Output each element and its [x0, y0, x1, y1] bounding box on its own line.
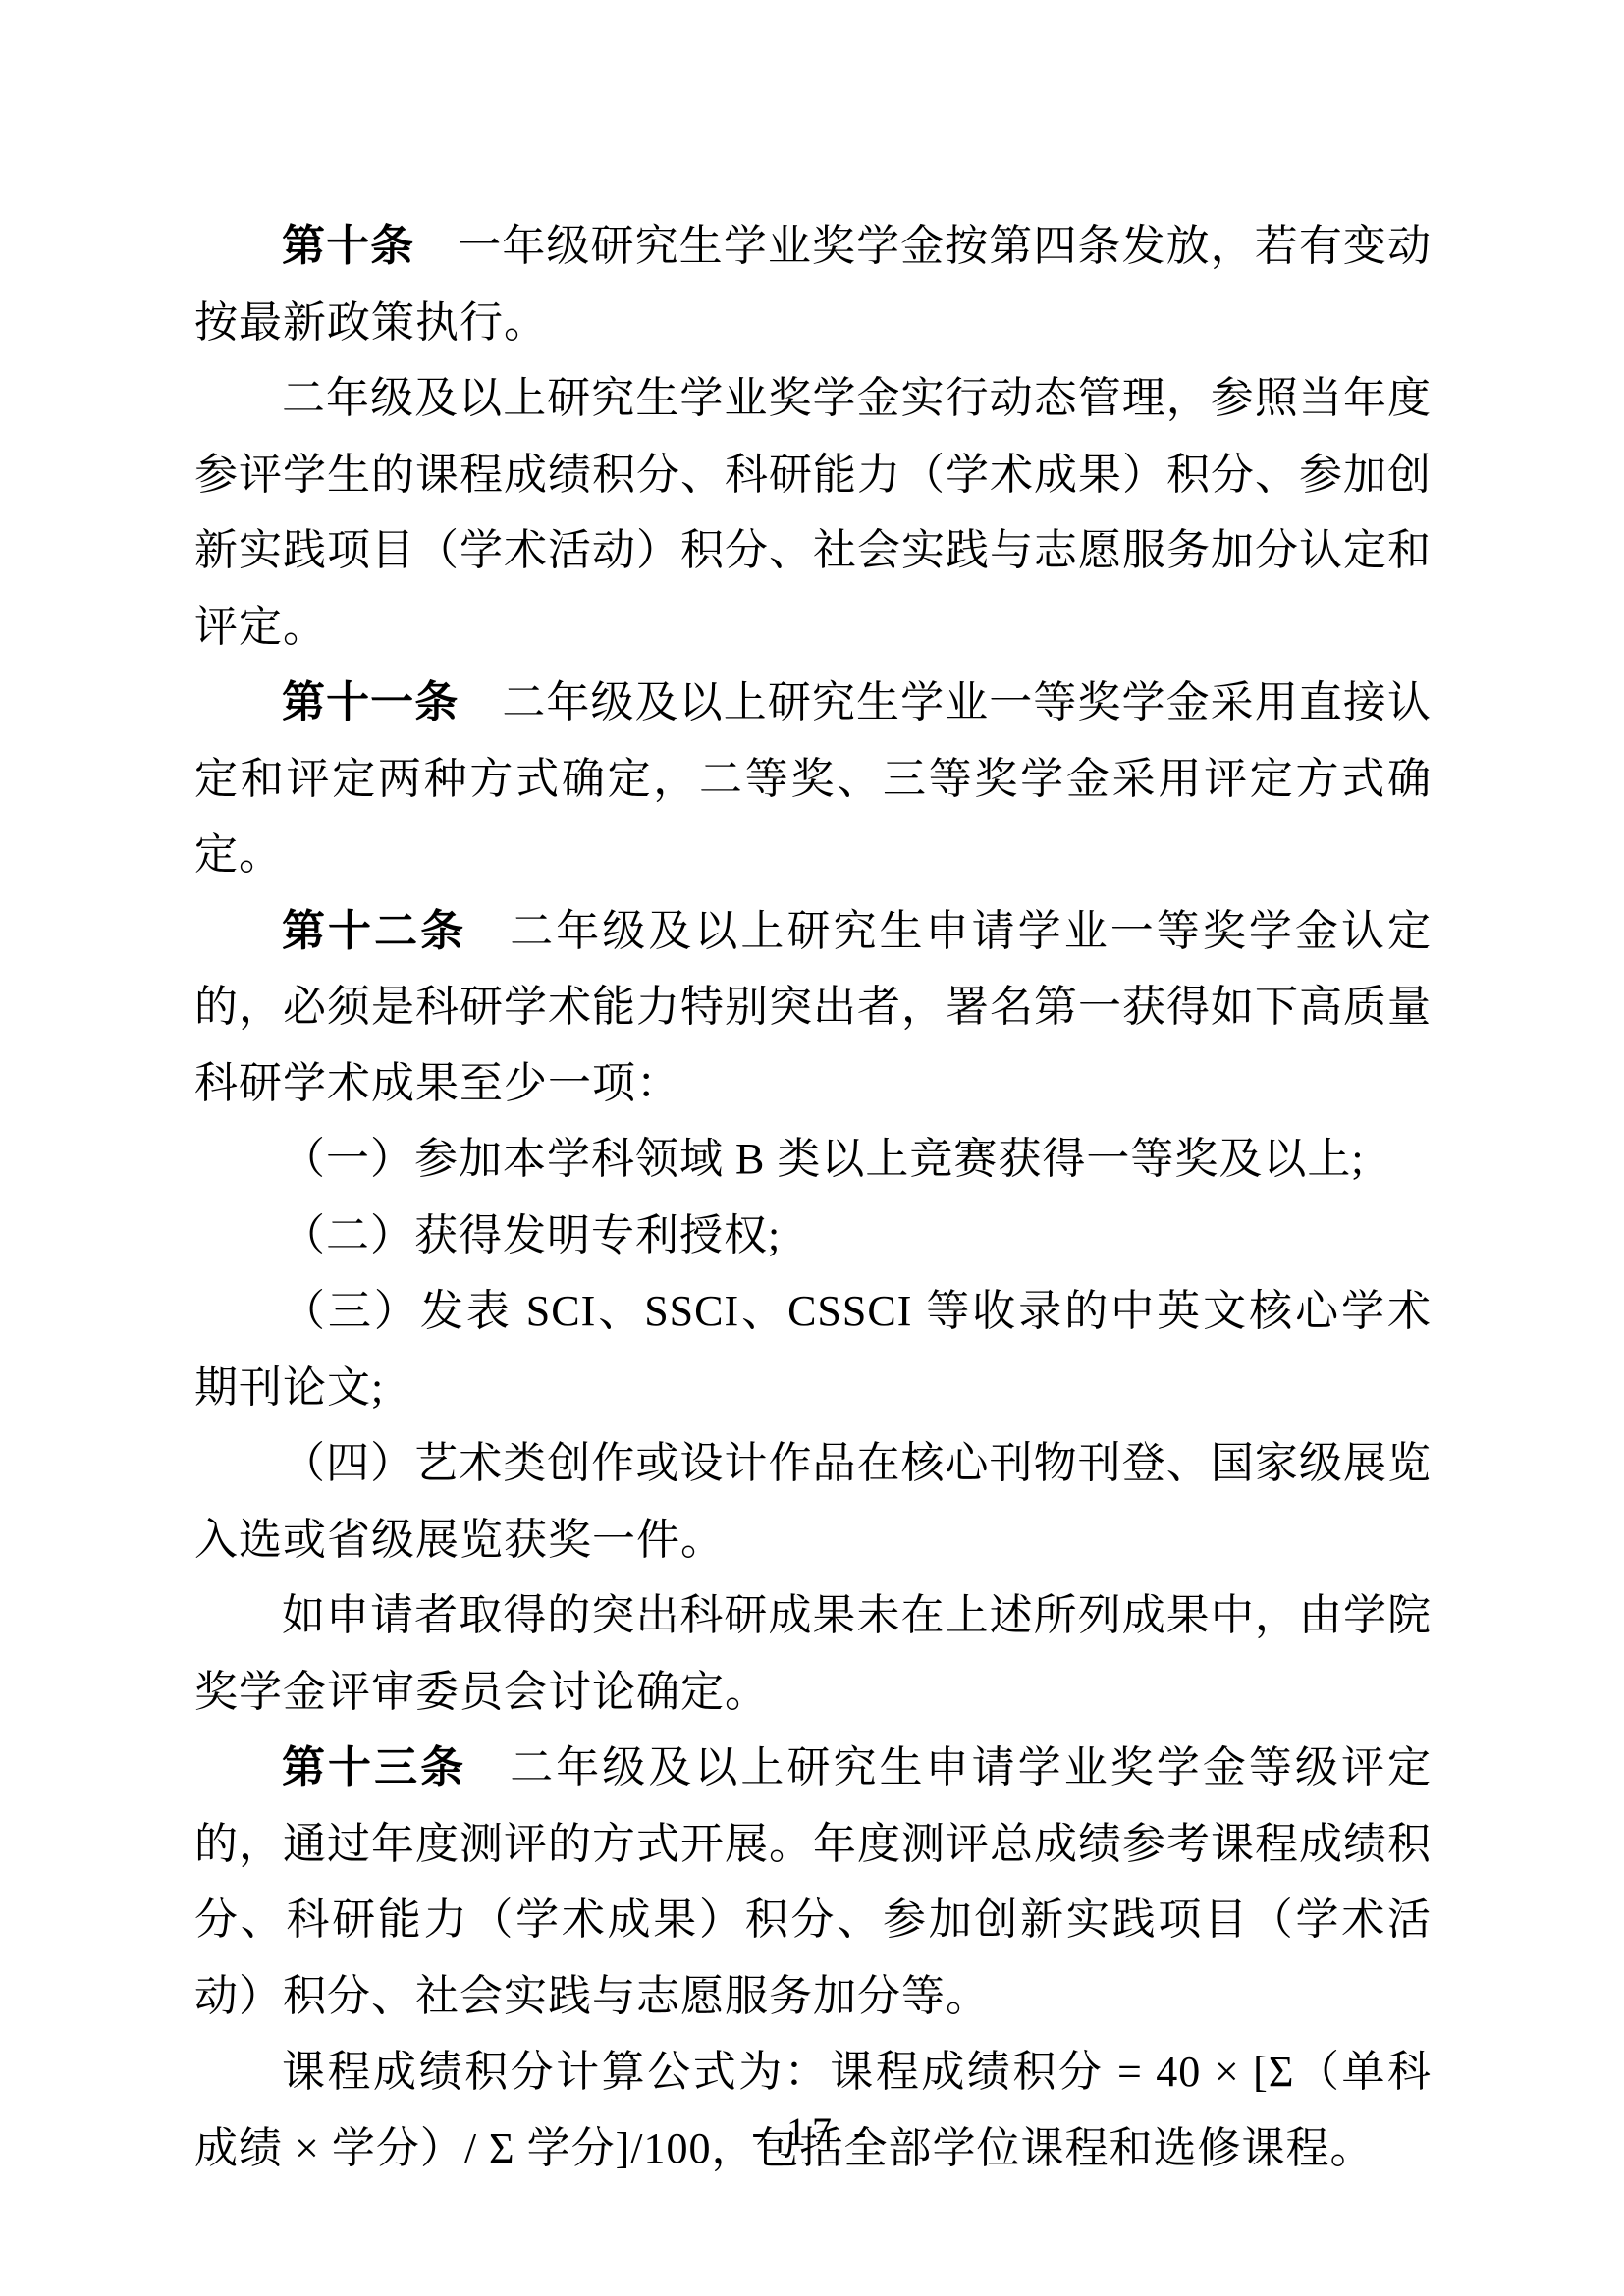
document-page: 第十条一年级研究生学业奖学金按第四条发放，若有变动按最新政策执行。 二年级及以上… [0, 0, 1624, 2296]
paragraph-article-11: 第十一条二年级及以上研究生学业一等奖学金采用直接认定和评定两种方式确定，二等奖、… [194, 665, 1432, 893]
paragraph-text: 二年级及以上研究生学业奖学金实行动态管理，参照当年度参评学生的课程成绩积分、科研… [194, 374, 1432, 651]
list-item-1: （一）参加本学科领域 B 类以上竞赛获得一等奖及以上; [194, 1121, 1432, 1198]
article-number: 第十三条 [282, 1743, 466, 1791]
paragraph-text: （一）参加本学科领域 B 类以上竞赛获得一等奖及以上; [282, 1135, 1365, 1183]
paragraph-article-13: 第十三条二年级及以上研究生申请学业奖学金等级评定的，通过年度测评的方式开展。年度… [194, 1730, 1432, 2034]
article-number: 第十条 [282, 222, 414, 270]
paragraph: 如申请者取得的突出科研成果未在上述所列成果中，由学院奖学金评审委员会讨论确定。 [194, 1577, 1432, 1730]
paragraph-text: （三）发表 SCI、SSCI、CSSCI 等收录的中英文核心学术期刊论文; [194, 1287, 1432, 1412]
paragraph: 二年级及以上研究生学业奖学金实行动态管理，参照当年度参评学生的课程成绩积分、科研… [194, 360, 1432, 665]
list-item-2: （二）获得发明专利授权; [194, 1198, 1432, 1274]
paragraph-article-10: 第十条一年级研究生学业奖学金按第四条发放，若有变动按最新政策执行。 [194, 208, 1432, 360]
article-number: 第十二条 [282, 907, 466, 955]
list-item-4: （四）艺术类创作或设计作品在核心刊物刊登、国家级展览入选或省级展览获奖一件。 [194, 1425, 1432, 1577]
article-number: 第十一条 [282, 678, 459, 726]
paragraph-text: （四）艺术类创作或设计作品在核心刊物刊登、国家级展览入选或省级展览获奖一件。 [194, 1439, 1432, 1564]
paragraph-text: （二）获得发明专利授权; [282, 1211, 781, 1259]
paragraph-article-12: 第十二条二年级及以上研究生申请学业一等奖学金认定的，必须是科研学术能力特别突出者… [194, 893, 1432, 1122]
page-number: - 17 - [0, 2109, 1624, 2155]
paragraph-text: 如申请者取得的突出科研成果未在上述所列成果中，由学院奖学金评审委员会讨论确定。 [194, 1591, 1432, 1716]
document-text-block: 第十条一年级研究生学业奖学金按第四条发放，若有变动按最新政策执行。 二年级及以上… [194, 208, 1432, 2186]
list-item-3: （三）发表 SCI、SSCI、CSSCI 等收录的中英文核心学术期刊论文; [194, 1273, 1432, 1425]
